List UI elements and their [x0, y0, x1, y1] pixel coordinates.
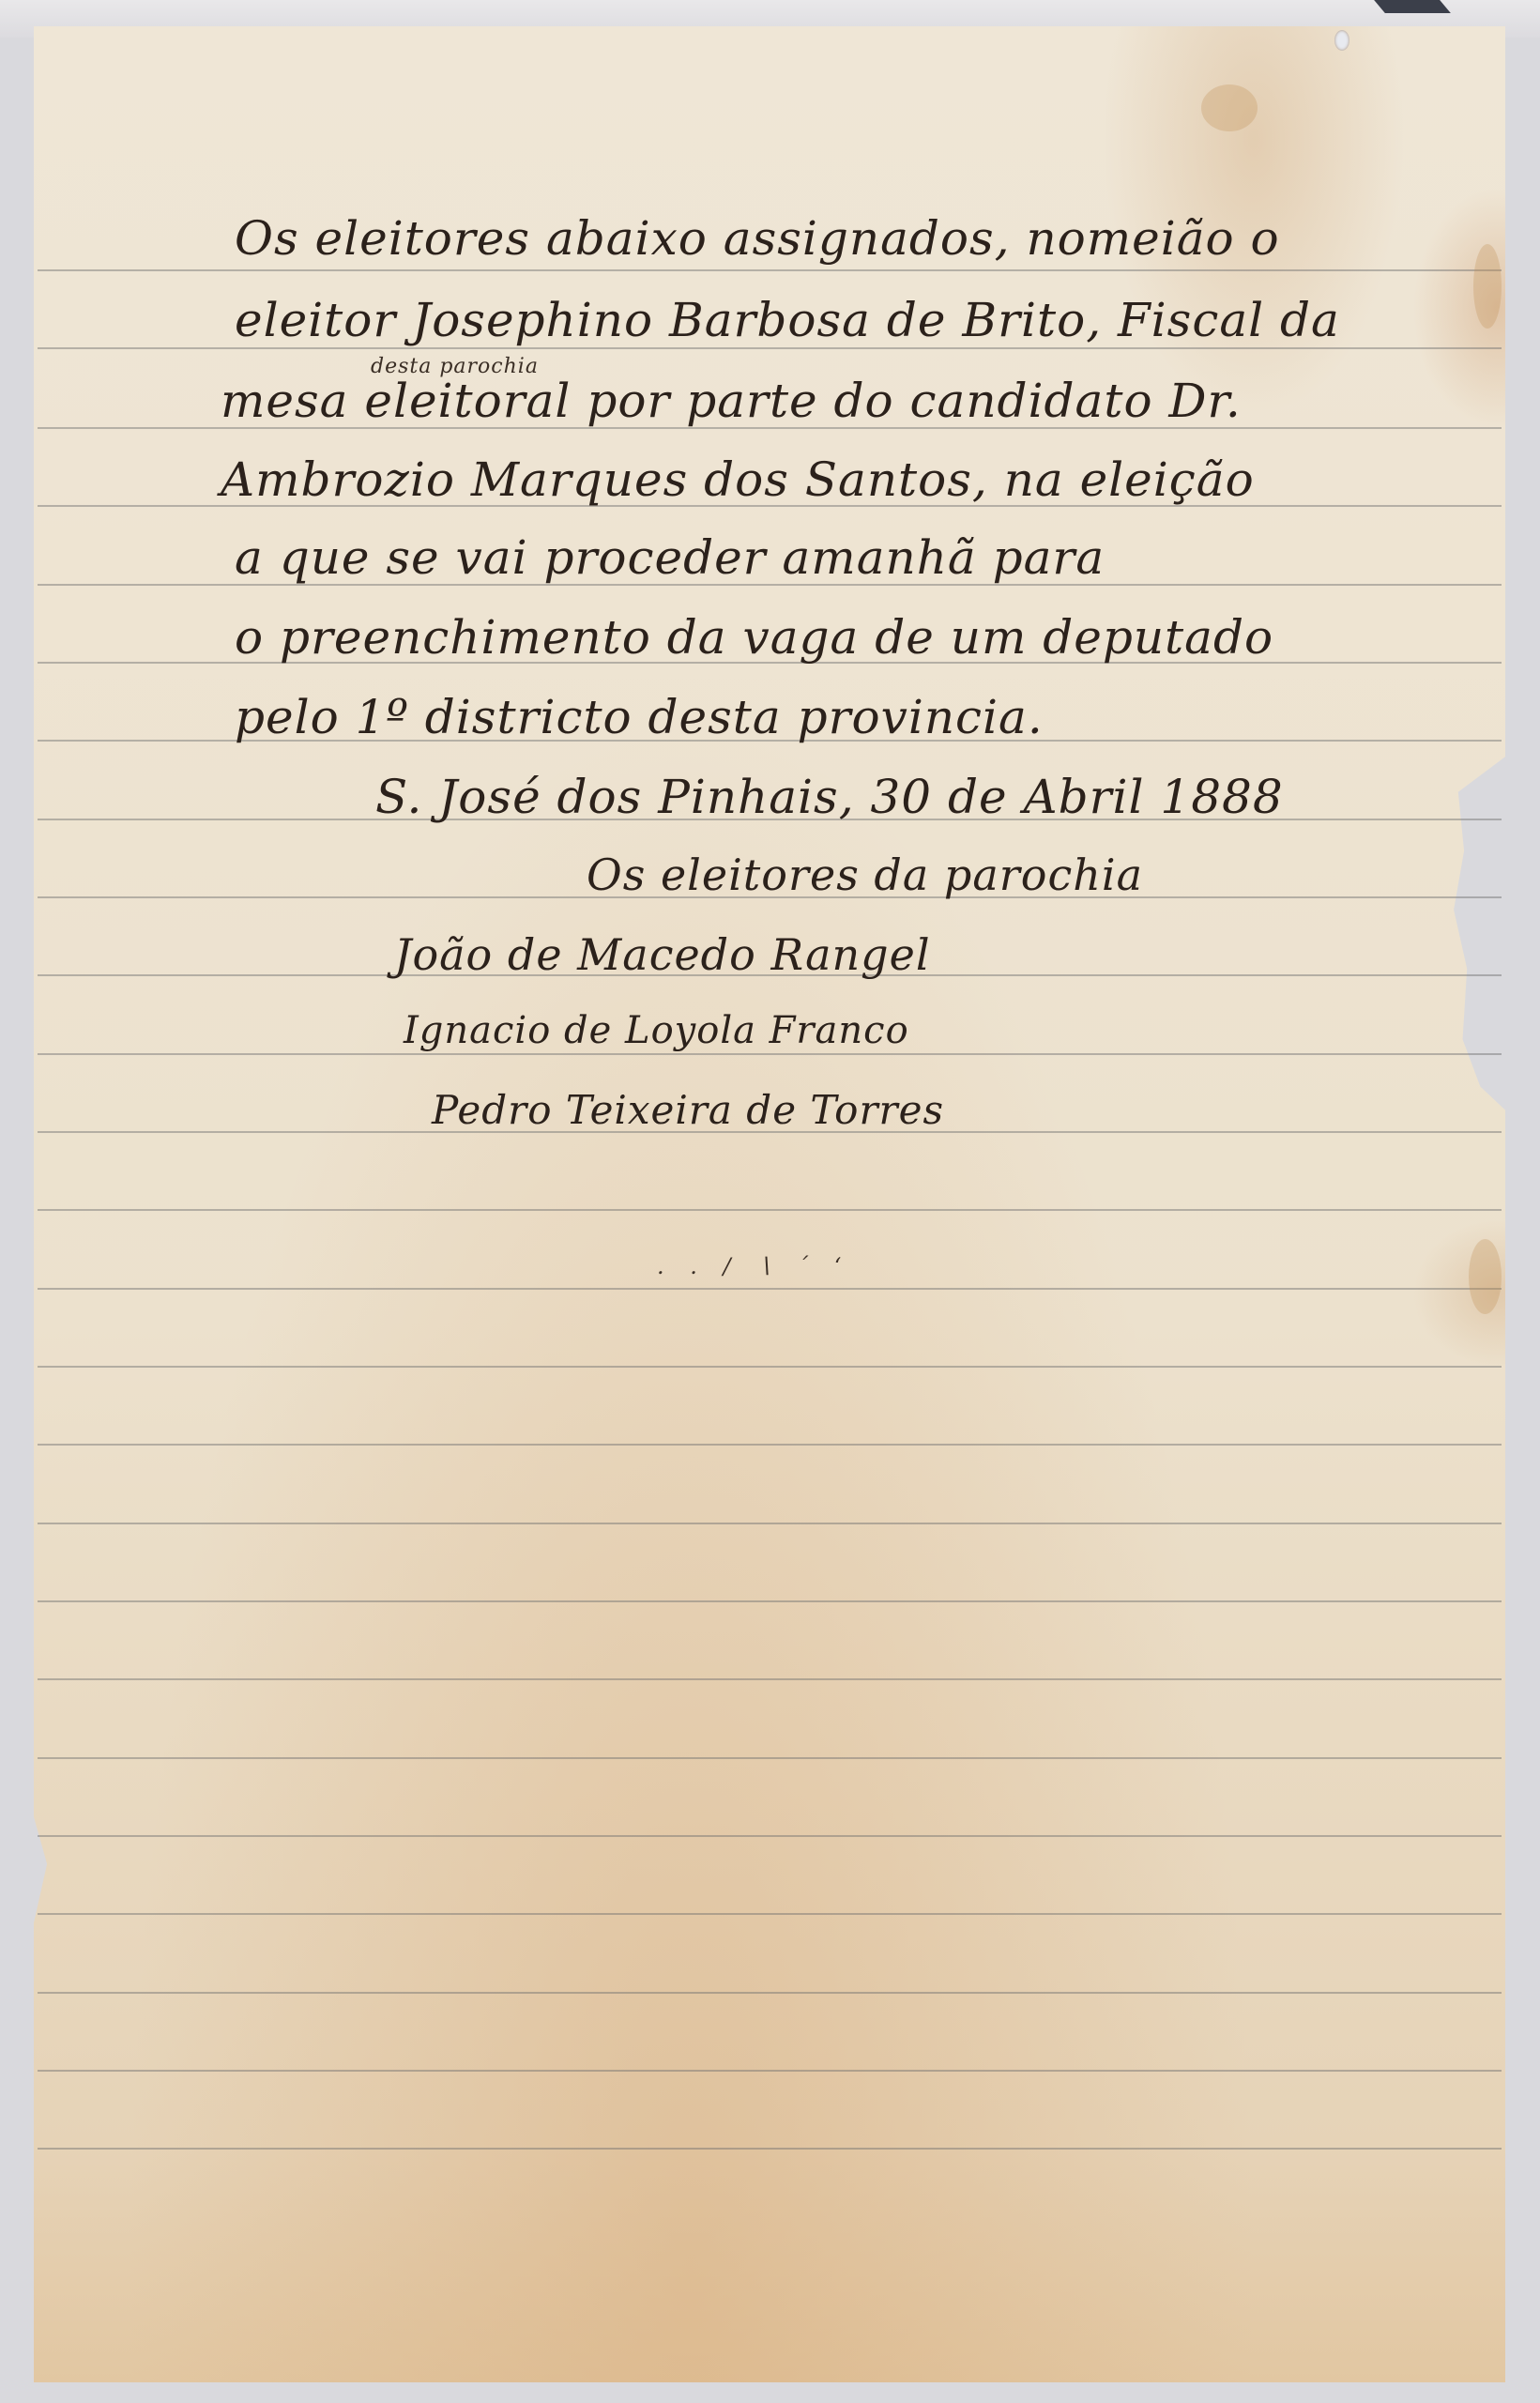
background-object — [1374, 0, 1451, 13]
ruled-line — [38, 1992, 1502, 1994]
body-line: a que se vai proceder amanhã para — [235, 530, 1105, 585]
punch-hole — [1334, 30, 1349, 51]
body-line: mesa eleitoral por parte do candidato Dr… — [221, 374, 1242, 428]
stray-ink-marks: . . ∕ ∖ ´ ‘ — [657, 1253, 850, 1279]
body-line: eleitor Josephino Barbosa de Brito, Fisc… — [235, 293, 1340, 347]
body-line: Os eleitores abaixo assignados, nomeião … — [235, 211, 1280, 266]
signature-heading: Os eleitores da parochia — [587, 849, 1143, 900]
ruled-line — [38, 269, 1502, 271]
signature: Pedro Teixeira de Torres — [432, 1087, 944, 1133]
place-and-date: S. José dos Pinhais, 30 de Abril 1888 — [375, 770, 1284, 824]
age-stain — [1473, 244, 1502, 329]
ruled-line — [38, 1523, 1502, 1524]
ruled-line — [38, 2070, 1502, 2072]
signature: Ignacio de Loyola Franco — [404, 1009, 909, 1052]
ruled-line — [38, 1366, 1502, 1368]
ruled-line — [38, 1053, 1502, 1055]
ruled-line — [38, 1600, 1502, 1602]
body-line: pelo 1º districto desta provincia. — [235, 690, 1044, 744]
age-stain — [1201, 84, 1258, 131]
ruled-line — [38, 347, 1502, 349]
ruled-line — [38, 1444, 1502, 1446]
ruled-line — [38, 1757, 1502, 1759]
ruled-line — [38, 1678, 1502, 1680]
age-stain — [1469, 1239, 1502, 1314]
body-line: Ambrozio Marques dos Santos, na eleição — [221, 452, 1255, 507]
ruled-line — [38, 1288, 1502, 1290]
body-line: o preenchimento da vaga de um deputado — [235, 610, 1273, 665]
signature: João de Macedo Rangel — [394, 929, 931, 980]
ruled-line — [38, 1209, 1502, 1211]
ruled-line — [38, 1913, 1502, 1915]
ruled-line — [38, 1835, 1502, 1837]
ruled-line — [38, 2148, 1502, 2150]
